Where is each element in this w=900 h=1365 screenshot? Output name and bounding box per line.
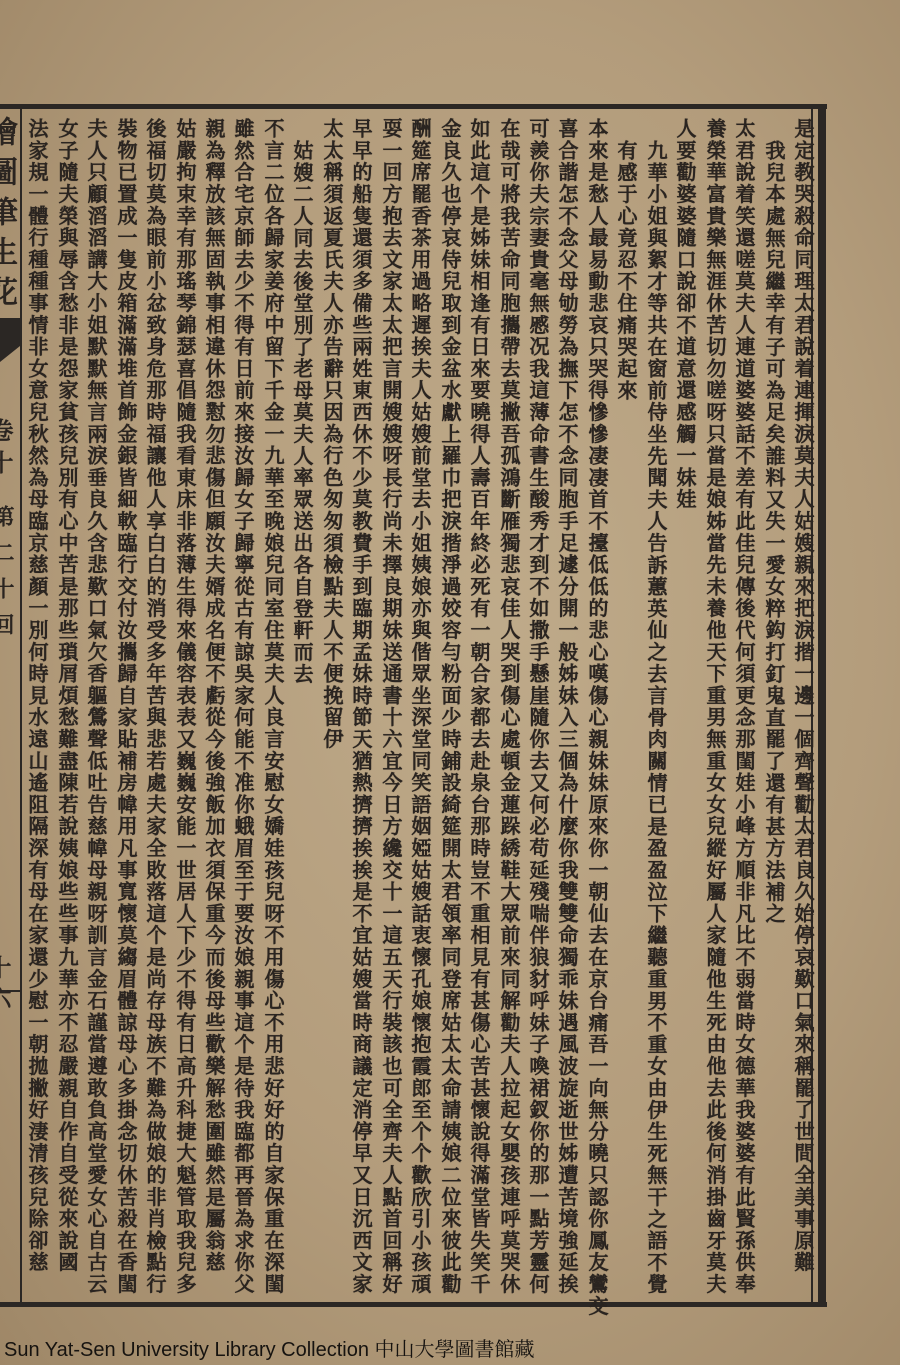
text-column: 法家規一體行種種事情非女意兒秋然為母臨京慈顏一別何時見水遠山遙阻隔深有母在家還少… xyxy=(26,118,48,1273)
text-column: 金良久也停哀侍兒取到金盆水獻上羅巾把淚揩淨過姣容勻粉面少時鋪設綺筵開太君領率同登… xyxy=(439,118,461,1295)
text-column: 有感于心竟忍不住痛哭起來 xyxy=(615,140,637,402)
bottom-border xyxy=(0,1302,827,1307)
text-column: 姑嫂二人同去後堂別了老母莫夫人率眾送出各自登軒而去 xyxy=(291,140,313,685)
top-border xyxy=(0,104,827,109)
text-column: 是定教哭殺命同理太君說着連揮淚莫夫人姑嫂親來把淚揩一邊一個齊聲勸太君良久始停哀歎… xyxy=(792,118,814,1273)
text-column: 耍一回方抱去文家太太把言開嫂嫂呀長行尚未擇良期妹送通書十六宜今日方纔交十一這五天… xyxy=(380,118,402,1295)
text-column: 親為釋放該無固執事相違休怨懟勿悲傷但願汝夫婿成名便不虧從今後強飯加衣須保重今而後… xyxy=(203,118,225,1273)
text-column: 在哉可將我苦命同胞攜帶去莫撇吾孤鴻斷雁獨悲哀佳人哭到傷心處頓金蓮跺綉鞋大眾前來同… xyxy=(498,118,520,1295)
text-column: 本來是愁人最易動悲哀只哭得慘慘凄凄首不擡低低的悲心嘆傷心親妹妹原來你一朝仙去在京… xyxy=(586,118,608,1317)
text-column: 後福切莫為眼前小忿致身危那時福讓他人享白白的消受多年苦與悲若處夫家全敗落這个是尚… xyxy=(144,118,166,1295)
book-title: 繪圖筆生花 xyxy=(0,116,21,316)
chapter-label: 第二十回 xyxy=(0,505,18,649)
text-column: 太太稱須返夏氏夫人亦告辭只因為行色匆匆須檢點夫人不便挽留伊 xyxy=(321,118,343,750)
text-column: 喜合諧怎不念父母劬勞為撫下怎不念同胞手足遽分開一般姊妹入三個為什麼你我雙雙命獨乖… xyxy=(556,118,578,1295)
text-column: 夫人只顧滔滔講大小姐默默無言兩淚垂良久含悲歎口氣欠香軀鶯聲低吐告慈幃母親呀訓言金… xyxy=(85,118,107,1295)
text-column: 九華小姐與絮才等共在窗前侍坐先聞夫人告訴蕙英仙之去言骨肉關情已是盈盈泣下繼聽重男… xyxy=(645,140,667,1295)
text-column: 如此這个是姊妹相逢有日來要曉得人壽百年終必死有一朝合家都去赴泉台那時豈不重相見有… xyxy=(468,118,490,1295)
text-column: 早早的船隻還須多備些兩姓東西休不少莫教費手到臨期孟妹時節天猶熱擠擠挨挨是不宜姑嫂… xyxy=(350,118,372,1295)
library-credit: Sun Yat-Sen University Library Collectio… xyxy=(4,1333,535,1362)
text-column: 酬筵席罷香茶用過略遲挨夫人姑嫂前堂去小姐姨娘亦與偕眾坐深堂同笑語姻婭姑嫂話衷懷孔… xyxy=(409,118,431,1295)
text-column: 姑嚴拘束幸有那瑤琴錦瑟喜倡隨我看東床非落薄生得來儀容表表又巍巍安能一世居人下少不… xyxy=(174,118,196,1295)
page-number: 十六 xyxy=(0,955,15,1015)
text-column: 可羨你夫宗妻貴毫無慼况我這薄命書生酸秀才到不如撒手懸崖隨你去又何必苟延殘喘伴狼豺… xyxy=(527,118,549,1295)
text-column: 我兒本處無兒繼幸有子可為足矣誰料又失一愛女粹鈎打釘鬼直罷了還有甚方法補之 xyxy=(763,140,785,925)
text-column: 雖然合宅京師去少不得有日前來接汝歸女子歸寧從古有諒吳家何能不准你蛾眉至于要汝娘親… xyxy=(232,118,254,1295)
text-column: 人要勸婆婆隨口說卻不道意還感觸一妹娃 xyxy=(674,118,696,510)
text-column: 裝物已置成一隻皮箱滿滿堆首飾金銀皆細軟臨行交付汝攜歸自家貼補房幃用凡事寬懷莫縐眉… xyxy=(115,118,137,1295)
volume-label: 卷十 xyxy=(0,418,17,482)
right-border-outer xyxy=(818,104,826,1307)
fishtail-mark-tip xyxy=(0,346,20,362)
text-column: 太君說着笑還嗟莫夫人連道婆婆話不差有此佳兒傳後代何須更念那閨娃小峰方順非凡比不弱… xyxy=(733,118,755,1295)
fishtail-mark xyxy=(0,318,20,346)
text-column: 女子隨夫榮與辱含愁非是怨家貧孩兒別有心中苦是那些瑣屑煩愁難盡陳若說姨娘些些事九華… xyxy=(56,118,78,1273)
text-column: 不言二位各歸家姜府中留下千金一九華至晚娘兒同室住莫夫人良言安慰女嬌娃孩兒呀不用傷… xyxy=(262,118,284,1295)
text-column: 養榮華富貴樂無涯休苦切勿嗟呀只當是娘姊當先未養他天下重男無重女女兒縱好屬人家隨他… xyxy=(704,118,726,1295)
